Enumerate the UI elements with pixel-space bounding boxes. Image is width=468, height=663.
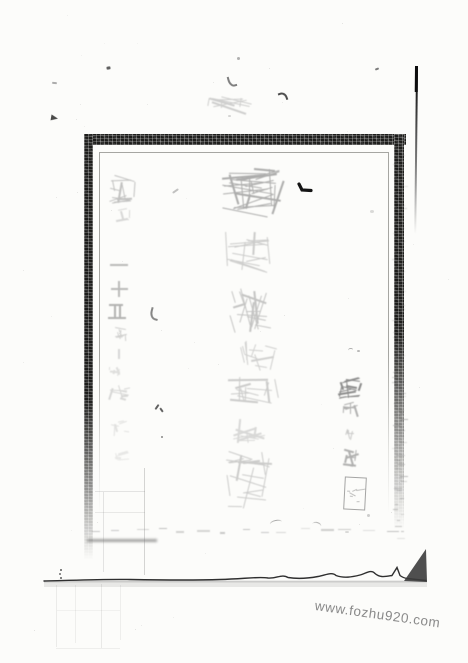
ink-mark-dot bbox=[60, 569, 62, 571]
frame-border-bottom-dash bbox=[220, 532, 225, 534]
paper-speck bbox=[71, 530, 72, 531]
ink-stroke bbox=[249, 350, 263, 352]
ghost-grid-line bbox=[56, 648, 120, 649]
ink-stroke bbox=[274, 379, 279, 397]
frame-border-bottom-dash bbox=[159, 528, 167, 529]
ghost-grid-line bbox=[103, 492, 104, 572]
ghost-stroke bbox=[395, 249, 399, 250]
paper-speck bbox=[205, 553, 206, 554]
faint-glyph bbox=[112, 327, 129, 342]
ghost-stroke bbox=[394, 403, 400, 404]
ink-stroke bbox=[121, 395, 128, 398]
frame-border-left bbox=[84, 134, 93, 560]
paper-speck bbox=[137, 43, 138, 44]
faint-glyph bbox=[115, 208, 133, 224]
ghost-stroke bbox=[396, 285, 399, 286]
ghost-stroke bbox=[397, 436, 404, 437]
frame-border-bottom-dash bbox=[111, 530, 119, 531]
ghost-stroke bbox=[401, 419, 409, 420]
ghost-grid-line bbox=[95, 512, 145, 513]
ghost-stroke bbox=[401, 186, 408, 187]
ghost-grid-line bbox=[56, 585, 57, 647]
faint-glyph bbox=[106, 177, 136, 203]
title-character-smudge bbox=[226, 377, 278, 403]
ghost-stroke bbox=[394, 180, 398, 181]
paper-speck bbox=[396, 365, 397, 366]
ghost-stroke bbox=[400, 442, 407, 443]
ghost-stroke bbox=[392, 448, 395, 449]
ghost-stroke bbox=[397, 490, 402, 491]
ink-mark-hook bbox=[278, 91, 289, 102]
faint-glyph bbox=[108, 384, 130, 400]
paper-speck bbox=[347, 131, 348, 132]
ghost-stroke bbox=[394, 488, 403, 489]
ghost-stroke bbox=[401, 531, 405, 532]
ghost-text-strip bbox=[392, 152, 404, 540]
paper-speck bbox=[269, 68, 270, 69]
faint-glyph bbox=[114, 449, 130, 461]
ghost-stroke bbox=[400, 291, 406, 292]
ink-stroke bbox=[120, 210, 124, 218]
ink-stroke bbox=[255, 365, 267, 368]
ghost-stroke bbox=[393, 233, 401, 234]
seal-inner-stroke bbox=[347, 490, 350, 491]
ink-stroke bbox=[265, 345, 277, 349]
ghost-stroke bbox=[392, 382, 398, 383]
ghost-stroke bbox=[395, 314, 403, 315]
ghost-stroke bbox=[396, 254, 400, 255]
ghost-stroke bbox=[395, 504, 397, 505]
ink-mark-dot bbox=[367, 514, 370, 517]
ghost-stroke bbox=[395, 236, 401, 237]
paper-speck bbox=[321, 404, 322, 405]
ghost-stroke bbox=[393, 337, 397, 338]
ghost-stroke bbox=[398, 220, 402, 221]
scanned-genealogy-page: www.fozhu920.com bbox=[0, 0, 468, 663]
paper-speck bbox=[342, 23, 343, 24]
frame-border-bottom-dash bbox=[321, 529, 335, 531]
ink-stroke bbox=[228, 505, 242, 506]
ghost-stroke bbox=[392, 377, 395, 378]
paper-speck bbox=[399, 482, 400, 483]
paper-speck bbox=[213, 82, 214, 83]
ink-mark-dot bbox=[161, 436, 163, 438]
ink-stroke bbox=[124, 431, 129, 433]
ghost-stroke bbox=[396, 358, 402, 359]
frame-border-top bbox=[84, 134, 406, 145]
ghost-stroke bbox=[392, 320, 395, 321]
ghost-stroke bbox=[397, 460, 400, 461]
title-character-smudge bbox=[232, 415, 268, 447]
page-edge-wavy-line bbox=[44, 568, 426, 582]
ghost-stroke bbox=[401, 481, 408, 482]
title-character-smudge bbox=[238, 341, 278, 371]
ink-stroke bbox=[124, 387, 130, 389]
ghost-stroke bbox=[399, 200, 404, 201]
ghost-stroke bbox=[396, 387, 399, 388]
ghost-stroke bbox=[396, 455, 405, 456]
ghost-grid-line bbox=[144, 468, 145, 575]
paper-speck bbox=[282, 102, 283, 103]
ghost-stroke bbox=[401, 514, 404, 515]
paper-speck bbox=[141, 625, 142, 626]
ghost-stroke bbox=[393, 425, 400, 426]
ink-mark-dot bbox=[59, 573, 61, 575]
paper-speck bbox=[359, 524, 360, 525]
paper-speck bbox=[67, 15, 68, 16]
frame-border-bottom-dash bbox=[276, 532, 286, 533]
ink-mark-dash bbox=[375, 67, 379, 70]
ghost-stroke bbox=[396, 296, 403, 297]
title-character-smudge bbox=[220, 166, 282, 216]
faint-glyph bbox=[111, 281, 128, 297]
paper-speck bbox=[419, 387, 420, 388]
paper-speck bbox=[23, 270, 24, 271]
ink-stroke bbox=[344, 401, 354, 405]
frame-border-bottom-dash bbox=[338, 529, 351, 530]
paper-speck bbox=[97, 522, 98, 523]
ghost-grid-line bbox=[57, 610, 120, 611]
ink-stroke bbox=[230, 315, 236, 332]
ghost-stroke bbox=[399, 205, 405, 206]
ink-stroke bbox=[246, 257, 266, 262]
ink-stroke bbox=[242, 474, 264, 479]
paper-speck bbox=[186, 198, 187, 199]
faint-glyph bbox=[108, 304, 126, 319]
ink-mark-dot bbox=[357, 350, 360, 352]
seal-inner-stroke bbox=[356, 501, 359, 502]
ghost-stroke bbox=[394, 159, 400, 160]
watermark-text: www.fozhu920.com bbox=[314, 598, 442, 630]
ink-stroke bbox=[118, 281, 120, 297]
paper-speck bbox=[391, 512, 392, 513]
paper-speck bbox=[104, 43, 105, 44]
paper-speck bbox=[34, 630, 35, 631]
ink-stroke bbox=[116, 218, 128, 222]
ink-mark-dash bbox=[52, 82, 57, 84]
paper-speck bbox=[194, 342, 195, 343]
ink-stroke bbox=[350, 431, 353, 440]
ink-mark-hook bbox=[227, 75, 238, 88]
ghost-stroke bbox=[398, 305, 405, 306]
paper-speck bbox=[161, 330, 162, 331]
ink-stroke bbox=[129, 210, 130, 218]
ink-stroke bbox=[245, 387, 246, 401]
torn-corner-triangle bbox=[404, 549, 427, 582]
frame-border-bottom-dash bbox=[176, 531, 183, 533]
ink-stroke bbox=[344, 407, 349, 409]
paper-speck bbox=[284, 315, 285, 316]
faint-stamp-text bbox=[206, 98, 252, 110]
ghost-stroke bbox=[397, 214, 400, 215]
ghost-stroke bbox=[400, 413, 403, 414]
edge-shadow-line bbox=[44, 581, 427, 583]
paper-speck bbox=[218, 364, 219, 365]
ink-stroke bbox=[114, 200, 131, 202]
ink-stroke bbox=[222, 207, 268, 217]
faint-glyph bbox=[109, 367, 123, 377]
ghost-stroke bbox=[397, 343, 401, 344]
ink-mark-dot bbox=[60, 577, 62, 579]
paper-speck bbox=[243, 137, 244, 138]
frame-border-bottom-dash bbox=[243, 529, 250, 530]
paper-speck bbox=[77, 192, 78, 193]
ink-mark-squig bbox=[348, 348, 353, 353]
ink-stroke bbox=[231, 291, 235, 302]
title-character-smudge bbox=[224, 230, 270, 272]
ink-stroke bbox=[266, 381, 271, 403]
seal-stamp bbox=[343, 476, 367, 510]
ink-stroke bbox=[350, 403, 351, 414]
paper-speck bbox=[23, 362, 24, 363]
scratch-head bbox=[415, 66, 418, 92]
ink-mark-dash bbox=[106, 66, 110, 70]
faint-glyph bbox=[110, 263, 128, 266]
ink-stroke bbox=[114, 306, 116, 317]
paper-speck bbox=[81, 55, 82, 56]
ink-stroke bbox=[227, 475, 231, 496]
signature-character bbox=[343, 402, 358, 418]
ghost-stroke bbox=[397, 172, 401, 173]
ink-stroke bbox=[347, 430, 349, 434]
ink-mark-tri bbox=[51, 114, 59, 121]
ghost-stroke bbox=[397, 520, 400, 521]
ghost-stroke bbox=[396, 468, 399, 469]
ink-stroke bbox=[118, 349, 120, 359]
paper-speck bbox=[51, 316, 52, 317]
ghost-stroke bbox=[400, 155, 405, 156]
ink-stroke bbox=[118, 208, 127, 211]
paper-speck bbox=[303, 508, 304, 509]
ghost-stroke bbox=[395, 347, 403, 348]
ghost-stroke bbox=[400, 393, 406, 394]
title-character-smudge bbox=[226, 451, 272, 509]
ink-stroke bbox=[243, 467, 254, 508]
paper-speck bbox=[173, 617, 174, 618]
ink-stroke bbox=[231, 392, 249, 394]
ink-stroke bbox=[254, 168, 275, 172]
ink-stroke bbox=[233, 304, 244, 309]
ghost-stroke bbox=[397, 327, 402, 328]
ghost-stroke bbox=[397, 195, 400, 196]
paper-speck bbox=[188, 368, 189, 369]
ink-stroke bbox=[110, 264, 128, 266]
ghost-stroke bbox=[398, 410, 404, 411]
ghost-stroke bbox=[399, 364, 402, 365]
vertical-scratch-line bbox=[414, 66, 418, 234]
ink-stroke bbox=[133, 182, 135, 197]
ghost-stroke bbox=[398, 430, 405, 431]
paper-speck bbox=[348, 298, 349, 299]
frame-border-bottom-dash bbox=[197, 530, 211, 532]
ghost-stroke bbox=[399, 276, 402, 277]
paper-speck bbox=[73, 580, 74, 581]
ghost-stroke bbox=[395, 526, 402, 527]
ghost-stroke bbox=[393, 332, 402, 333]
signature-character bbox=[343, 449, 359, 467]
paper-speck bbox=[84, 126, 85, 127]
paper-speck bbox=[111, 210, 112, 211]
ghost-stroke bbox=[400, 476, 408, 477]
paper-speck bbox=[413, 244, 414, 245]
paper-speck bbox=[448, 279, 449, 280]
ghost-grid-line bbox=[95, 491, 145, 492]
ghost-stroke bbox=[393, 372, 396, 373]
paper-speck bbox=[80, 104, 81, 105]
paper-speck bbox=[76, 119, 77, 120]
ghost-stroke bbox=[399, 282, 401, 283]
ghost-stroke bbox=[397, 271, 405, 272]
ghost-stroke bbox=[393, 164, 400, 165]
frame-border-bottom-dash bbox=[261, 532, 269, 533]
ink-mark-dot bbox=[237, 57, 240, 60]
frame-border-bottom-dash bbox=[301, 528, 310, 529]
paper-speck bbox=[56, 197, 57, 198]
faint-glyph bbox=[117, 349, 119, 359]
ink-mark-dot bbox=[370, 210, 374, 213]
ink-stroke bbox=[225, 232, 228, 266]
ghost-grid-line bbox=[75, 585, 76, 643]
seal-inner-stroke bbox=[356, 488, 365, 491]
ink-stroke bbox=[118, 459, 129, 461]
ink-stroke bbox=[269, 350, 275, 370]
ghost-stroke bbox=[400, 309, 404, 310]
ghost-grid-line bbox=[120, 585, 121, 640]
signature-character bbox=[338, 374, 362, 400]
signature-character bbox=[346, 426, 359, 440]
frame-border-bottom-dash bbox=[363, 530, 375, 531]
ghost-stroke bbox=[398, 267, 401, 268]
ghost-stroke bbox=[399, 208, 407, 209]
ghost-stroke bbox=[397, 464, 405, 465]
ink-mark-dot bbox=[228, 115, 231, 117]
ink-stroke bbox=[228, 379, 268, 381]
ink-stroke bbox=[108, 317, 126, 319]
ghost-stroke bbox=[393, 509, 398, 510]
frame-border-bottom-dash bbox=[92, 531, 100, 532]
ink-stroke bbox=[119, 306, 121, 317]
ghost-stroke bbox=[397, 538, 405, 539]
paper-speck bbox=[147, 104, 148, 105]
faint-glyph bbox=[111, 420, 129, 436]
ghost-stroke bbox=[400, 396, 406, 397]
ghost-grid-line bbox=[101, 584, 102, 648]
ghost-stroke bbox=[392, 259, 399, 260]
ink-mark-squig bbox=[269, 519, 282, 528]
paper-speck bbox=[333, 448, 334, 449]
title-character-smudge bbox=[231, 287, 273, 333]
ghost-stroke bbox=[397, 355, 404, 356]
paper-speck bbox=[135, 629, 136, 630]
ink-stroke bbox=[358, 383, 362, 391]
ghost-stroke bbox=[398, 228, 405, 229]
ghost-stroke bbox=[400, 241, 405, 242]
ghost-stroke bbox=[400, 498, 403, 499]
ink-mark-dot bbox=[345, 531, 349, 533]
frame-border-bottom-smear bbox=[87, 539, 157, 542]
